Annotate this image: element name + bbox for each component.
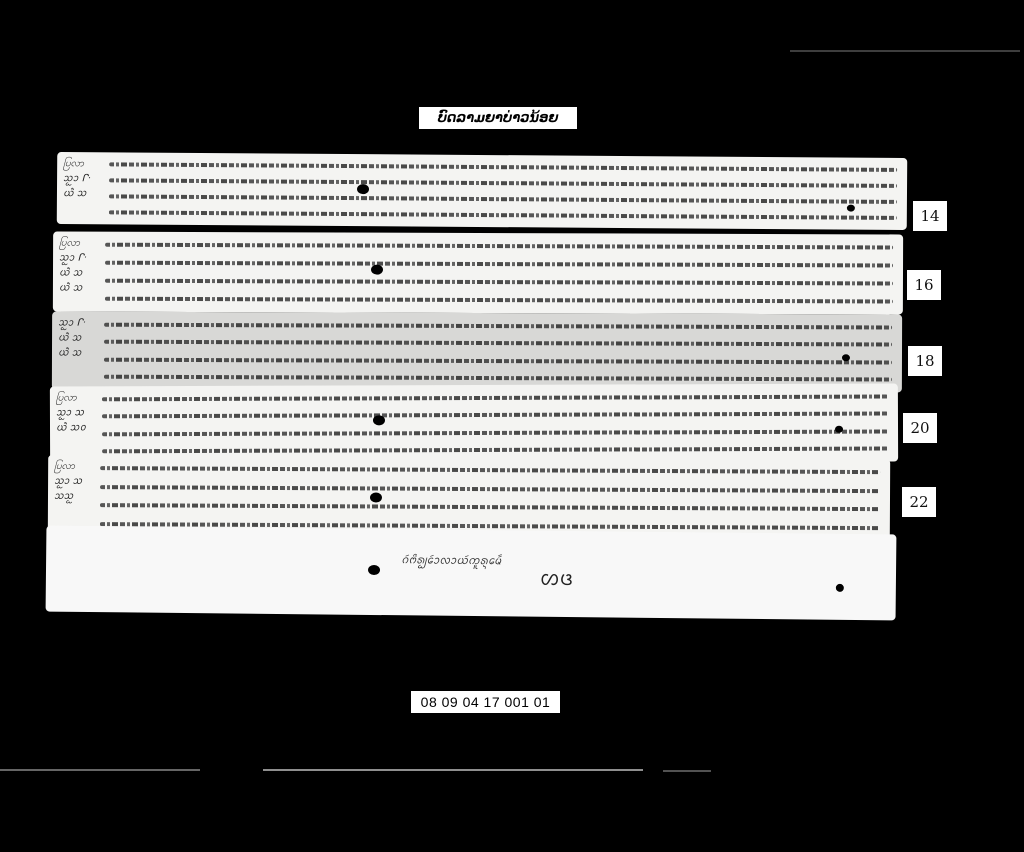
- scan-edge-top: [790, 50, 1020, 52]
- binding-hole: [835, 426, 843, 433]
- leaf-margin-notes: ပြလာ ᩈᩬᩣ ᒕ ᨿᩫ ᩈ ᨿᩫ ᩈ: [59, 236, 99, 296]
- binding-hole: [836, 584, 844, 592]
- leaf-margin-notes: ပြလာ ᩈᩬᩣ ᒕ ᨿᩫ ᩈ: [63, 156, 103, 201]
- binding-hole: [373, 415, 385, 425]
- cover-signature: ᩉᨴ: [540, 565, 574, 596]
- page-number-tag: 14: [913, 201, 947, 231]
- leaf-text-lines: [105, 236, 893, 311]
- scan-edge-bottom: [0, 769, 200, 771]
- manuscript-cover-leaf: ᨣᩢᨻᩦᩁ᩠ᨷᩮᩢᩣᩃᩣᨿᩢᨠᩪᩁ᩠ᨶᨾᩮᩢᩢ ᩉᨴ: [46, 526, 897, 621]
- leaf-margin-notes: ပြလာ ᩈᩬᩣ ᩈ ᩈᩈᩬ: [54, 459, 94, 504]
- manuscript-leaf-3: ᩈᩬᩣ ᒕ ᨿᩫ ᩈ ᨿᩫ ᩈ: [52, 312, 902, 393]
- leaf-margin-notes: ပြလာ ᩈᩬᩣ ᩈ ᨿᩫ ᩈ᪐: [56, 390, 96, 435]
- leaf-text-lines: [109, 156, 897, 225]
- binding-hole: [357, 184, 369, 194]
- binding-hole: [368, 565, 380, 575]
- leaf-margin-notes: ᩈᩬᩣ ᒕ ᨿᩫ ᩈ ᨿᩫ ᩈ: [58, 316, 98, 361]
- binding-hole: [842, 354, 850, 361]
- binding-hole: [371, 265, 383, 275]
- binding-hole: [847, 205, 855, 212]
- page-number-tag: 22: [902, 487, 936, 517]
- scan-edge-bottom: [263, 769, 643, 771]
- binding-hole: [370, 492, 382, 502]
- page-number-tag: 20: [903, 413, 937, 443]
- leaf-text-lines: [102, 388, 888, 461]
- leaf-text-lines: [100, 459, 880, 537]
- manuscript-leaf-1: ပြလာ ᩈᩬᩣ ᒕ ᨿᩫ ᩈ: [57, 152, 907, 230]
- manuscript-leaf-4: ပြလာ ᩈᩬᩣ ᩈ ᨿᩫ ᩈ᪐: [50, 384, 898, 465]
- leaf-text-lines: [104, 316, 892, 389]
- page-number-tag: 16: [907, 270, 941, 300]
- manuscript-leaf-2: ပြလာ ᩈᩬᩣ ᒕ ᨿᩫ ᩈ ᨿᩫ ᩈ: [53, 232, 903, 315]
- scan-edge-bottom: [663, 770, 711, 772]
- cover-inscription: ᨣᩢᨻᩦᩁ᩠ᨷᩮᩢᩣᩃᩣᨿᩢᨠᩪᩁ᩠ᨶᨾᩮᩢᩢ: [401, 551, 501, 570]
- document-title-label: ບົດລາມຍາບ່າວນ້ອຍ: [419, 107, 577, 129]
- document-identifier-label: 08 09 04 17 001 01: [411, 691, 560, 713]
- page-number-tag: 18: [908, 346, 942, 376]
